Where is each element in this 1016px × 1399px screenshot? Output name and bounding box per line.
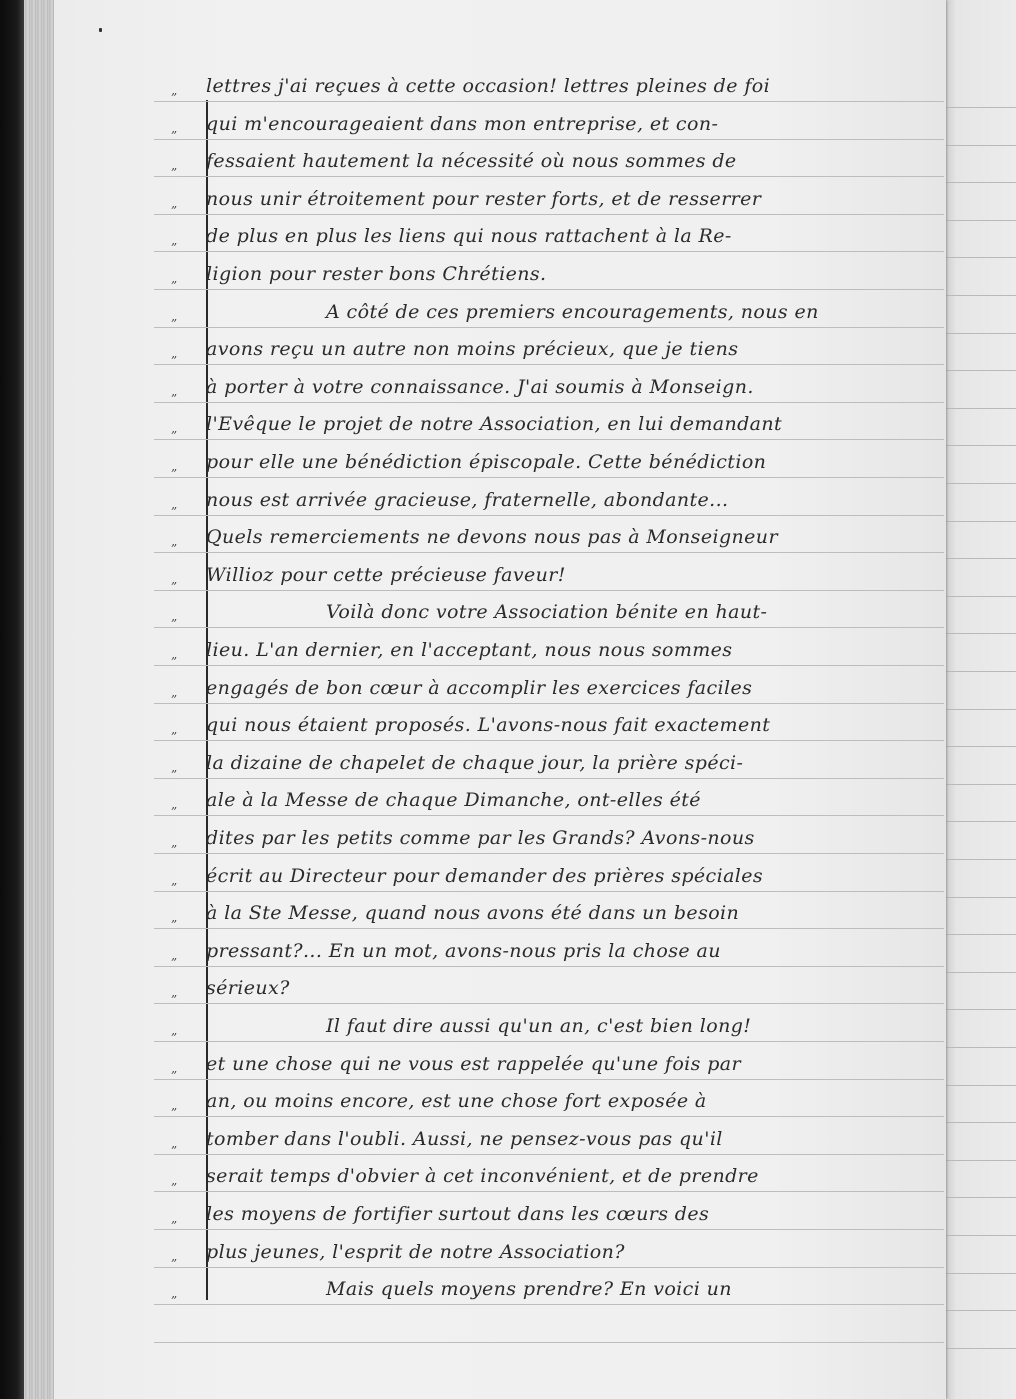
- underlying-ruled-line: [946, 897, 1016, 898]
- underlying-ruled-line: [946, 784, 1016, 785]
- ditto-mark: ”: [166, 843, 182, 857]
- ditto-mark: ”: [166, 768, 182, 782]
- ditto-mark: ”: [166, 1257, 182, 1271]
- ditto-mark: ”: [166, 580, 182, 594]
- underlying-ruled-line: [946, 1310, 1016, 1311]
- handwritten-line: ale à la Messe de chaque Dimanche, ont-e…: [206, 789, 946, 819]
- handwritten-line: nous unir étroitement pour rester forts,…: [206, 188, 946, 218]
- handwritten-line: Mais quels moyens prendre? En voici un: [206, 1278, 946, 1308]
- underlying-ruled-line: [946, 483, 1016, 484]
- ditto-mark: ”: [166, 1219, 182, 1233]
- underlying-ruled-line: [946, 859, 1016, 860]
- ditto-mark: ”: [166, 1031, 182, 1045]
- ditto-mark: ”: [166, 204, 182, 218]
- page-edges: [24, 0, 54, 1399]
- handwritten-line: Voilà donc votre Association bénite en h…: [206, 601, 946, 631]
- ditto-mark: ”: [166, 693, 182, 707]
- handwritten-line: sérieux?: [206, 977, 946, 1007]
- ditto-mark: ”: [166, 542, 182, 556]
- ditto-mark: ”: [166, 354, 182, 368]
- ditto-mark: ”: [166, 730, 182, 744]
- ditto-mark: ”: [166, 129, 182, 143]
- ditto-mark: ”: [166, 1144, 182, 1158]
- handwritten-line: pour elle une bénédiction épiscopale. Ce…: [206, 451, 946, 481]
- handwritten-line: qui nous étaient proposés. L'avons-nous …: [206, 714, 946, 744]
- underlying-ruled-line: [946, 1273, 1016, 1274]
- underlying-ruled-line: [946, 633, 1016, 634]
- handwritten-line: serait temps d'obvier à cet inconvénient…: [206, 1165, 946, 1195]
- handwritten-line: tomber dans l'oubli. Aussi, ne pensez-vo…: [206, 1128, 946, 1158]
- handwritten-line: Il faut dire aussi qu'un an, c'est bien …: [206, 1015, 946, 1045]
- underlying-ruled-line: [946, 746, 1016, 747]
- handwritten-line: fessaient hautement la nécessité où nous…: [206, 150, 946, 180]
- underlying-ruled-line: [946, 972, 1016, 973]
- underlying-ruled-line: [946, 1235, 1016, 1236]
- underlying-ruled-line: [946, 934, 1016, 935]
- handwritten-line: Willioz pour cette précieuse faveur!: [206, 564, 946, 594]
- underlying-ruled-line: [946, 709, 1016, 710]
- underlying-ruled-line: [946, 671, 1016, 672]
- ditto-mark: ”: [166, 993, 182, 1007]
- ditto-mark: ”: [166, 166, 182, 180]
- underlying-ruled-line: [946, 1160, 1016, 1161]
- ditto-mark: ”: [166, 241, 182, 255]
- underlying-ruled-line: [946, 370, 1016, 371]
- underlying-ruled-line: [946, 521, 1016, 522]
- handwritten-line: de plus en plus les liens qui nous ratta…: [206, 225, 946, 255]
- ditto-mark: ”: [166, 392, 182, 406]
- underlying-ruled-line: [946, 1047, 1016, 1048]
- underlying-ruled-line: [946, 558, 1016, 559]
- handwritten-line: qui m'encourageaient dans mon entreprise…: [206, 113, 946, 143]
- handwritten-line: et une chose qui ne vous est rappelée qu…: [206, 1053, 946, 1083]
- underlying-ruled-line: [946, 257, 1016, 258]
- ditto-mark: ”: [166, 1069, 182, 1083]
- ditto-mark: ”: [166, 881, 182, 895]
- underlying-ruled-line: [946, 1085, 1016, 1086]
- underlying-ruled-line: [946, 1348, 1016, 1349]
- underlying-ruled-line: [946, 1197, 1016, 1198]
- handwritten-line: la dizaine de chapelet de chaque jour, l…: [206, 752, 946, 782]
- underlying-ruled-line: [946, 107, 1016, 108]
- handwritten-line: lieu. L'an dernier, en l'acceptant, nous…: [206, 639, 946, 669]
- underlying-ruled-line: [946, 182, 1016, 183]
- ditto-mark: ”: [166, 918, 182, 932]
- handwritten-line: ligion pour rester bons Chrétiens.: [206, 263, 946, 293]
- underlying-ruled-line: [946, 408, 1016, 409]
- ditto-mark: ”: [166, 1181, 182, 1195]
- ditto-mark: ”: [166, 91, 182, 105]
- ditto-mark: ”: [166, 505, 182, 519]
- ditto-mark: ”: [166, 1294, 182, 1308]
- handwritten-line: engagés de bon cœur à accomplir les exer…: [206, 677, 946, 707]
- handwritten-line: A côté de ces premiers encouragements, n…: [206, 301, 946, 331]
- ditto-mark: ”: [166, 1106, 182, 1120]
- underlying-ruled-line: [946, 596, 1016, 597]
- ruled-line: [154, 1342, 944, 1343]
- ditto-mark: ”: [166, 956, 182, 970]
- underlying-ruled-line: [946, 295, 1016, 296]
- handwritten-line: an, ou moins encore, est une chose fort …: [206, 1090, 946, 1120]
- book-binding: [0, 0, 24, 1399]
- ditto-mark: ”: [166, 467, 182, 481]
- underlying-page: [946, 0, 1016, 1399]
- handwritten-line: plus jeunes, l'esprit de notre Associati…: [206, 1241, 946, 1271]
- handwritten-line: l'Evêque le projet de notre Association,…: [206, 413, 946, 443]
- underlying-ruled-line: [946, 445, 1016, 446]
- handwritten-line: Quels remerciements ne devons nous pas à…: [206, 526, 946, 556]
- handwritten-line: nous est arrivée gracieuse, fraternelle,…: [206, 489, 946, 519]
- handwritten-line: pressant?... En un mot, avons-nous pris …: [206, 940, 946, 970]
- handwritten-line: à porter à votre connaissance. J'ai soum…: [206, 376, 946, 406]
- handwritten-line: écrit au Directeur pour demander des pri…: [206, 865, 946, 895]
- handwritten-line: lettres j'ai reçues à cette occasion! le…: [206, 75, 946, 105]
- ditto-mark: ”: [166, 805, 182, 819]
- ditto-mark: ”: [166, 317, 182, 331]
- ditto-mark: ”: [166, 429, 182, 443]
- ledger-page: ”lettres j'ai reçues à cette occasion! l…: [54, 0, 946, 1399]
- handwritten-line: dites par les petits comme par les Grand…: [206, 827, 946, 857]
- ditto-mark: ”: [166, 617, 182, 631]
- handwritten-line: avons reçu un autre non moins précieux, …: [206, 338, 946, 368]
- ink-speck: [99, 28, 102, 32]
- underlying-ruled-line: [946, 220, 1016, 221]
- underlying-ruled-line: [946, 333, 1016, 334]
- underlying-ruled-line: [946, 1122, 1016, 1123]
- handwritten-line: à la Ste Messe, quand nous avons été dan…: [206, 902, 946, 932]
- underlying-ruled-line: [946, 145, 1016, 146]
- handwritten-line: les moyens de fortifier surtout dans les…: [206, 1203, 946, 1233]
- ditto-mark: ”: [166, 279, 182, 293]
- underlying-ruled-line: [946, 821, 1016, 822]
- ditto-mark: ”: [166, 655, 182, 669]
- underlying-ruled-line: [946, 1009, 1016, 1010]
